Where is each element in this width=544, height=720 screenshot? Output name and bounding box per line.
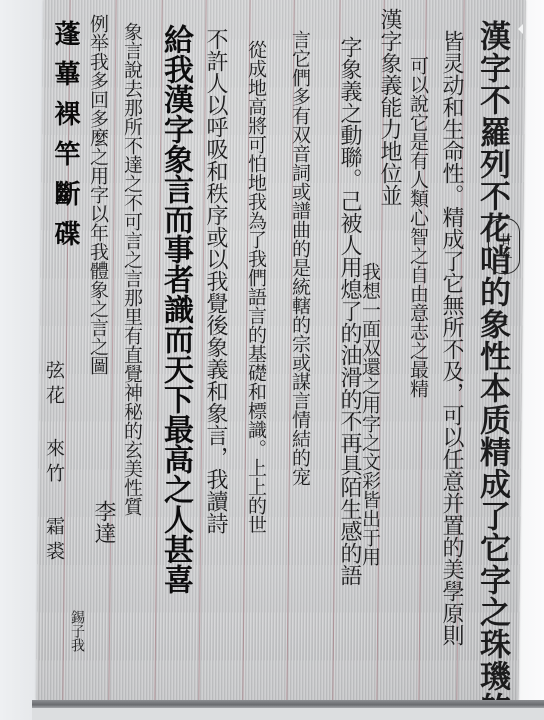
manuscript-column-7: 言它們多有双音詞或譜曲的是統轄的宗或謀言情結的宠 xyxy=(290,30,309,690)
scroll-bottom-rod xyxy=(32,700,544,708)
margin-stamp: 廿五 xyxy=(488,218,520,274)
manuscript-column-9: 不許人以呼吸和秩序或以我覺後象義和象言，我讀詩 xyxy=(204,28,226,668)
manuscript-column-10: 給我漢字象言而事者識而天下最高之人甚喜 xyxy=(160,24,190,684)
manuscript-column-2: 皆灵动和生命性。精成了它無所不及，可以任意并置的美學原則 xyxy=(440,30,462,690)
manuscript-column-4: 漢字象義能力地位並 xyxy=(378,8,400,248)
column-rule xyxy=(108,0,116,700)
manuscript-column-11: 象言說去那所不達之不可言之言那里有直覺神秘的玄美性質 xyxy=(122,22,141,692)
manuscript-column-1: 漢字不羅列不花哨的象性本质精成了它字之珠璣的 xyxy=(476,20,507,700)
manuscript-column-3: 可以說它是有人類心智之自由意志之最精 xyxy=(408,56,427,366)
manuscript-column-5: 字象義之動聯。己被人用熄了的油滑的不再具陌生感的語 xyxy=(338,36,360,676)
table-surface xyxy=(32,708,544,720)
signature-column: 李達 xyxy=(92,500,114,580)
manuscript-column-16: 蓬蓽裸竿斷碟 xyxy=(52,20,78,680)
manuscript-column-8: 從成地高將可怕地我為了我們語言的基礎和標識。上上的世 xyxy=(246,40,265,680)
manuscript-column-12: 例举我多回多麼之用字以年我體象之言之圖 xyxy=(88,14,107,474)
paper-tear xyxy=(518,24,523,34)
manuscript-column-6: 我想一面双還之用字之文彩皆出于用 xyxy=(360,262,379,682)
